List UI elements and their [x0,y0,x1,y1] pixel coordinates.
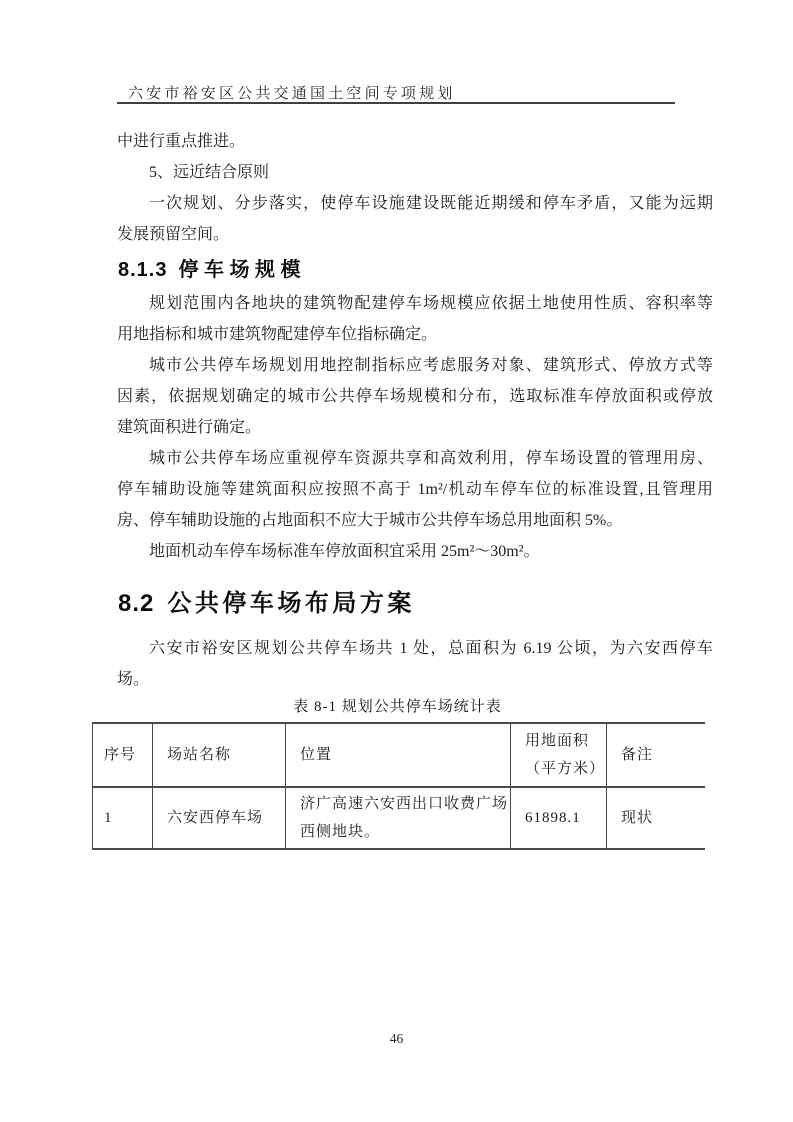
cell-seq: 1 [93,787,153,849]
cell-location: 济广高速六安西出口收费广场西侧地块。 [286,787,511,849]
column-header-seq: 序号 [93,723,153,787]
paragraph-line: 六安市裕安区规划公共停车场共 1 处，总面积为 6.19 公顷，为六安西停车 [117,633,713,664]
cell-area: 61898.1 [511,787,607,849]
paragraph-line: 5、远近结合原则 [117,157,713,188]
section-number: 8.1.3 [118,259,167,281]
column-header-location: 位置 [286,723,511,787]
paragraph-line: 因素，依据规划确定的城市公共停车场规模和分布，选取标准车停放面积或停放 [117,381,713,412]
header-rule [117,102,675,104]
paragraph-line: 建筑面积进行确定。 [117,412,713,443]
section-heading-8-1-3: 8.1.3停车场规模 [118,257,306,283]
section-heading-8-2: 8.2公共停车场布局方案 [118,589,415,618]
section-8-2-body: 六安市裕安区规划公共停车场共 1 处，总面积为 6.19 公顷，为六安西停车 场… [117,633,713,695]
cell-name: 六安西停车场 [153,787,286,849]
paragraph-line: 场。 [117,664,713,695]
paragraph-line: 中进行重点推进。 [117,126,713,157]
table-row: 1 六安西停车场 济广高速六安西出口收费广场西侧地块。 61898.1 现状 [93,787,705,849]
column-header-area-label: 用地面积 [525,727,600,755]
column-header-name: 场站名称 [153,723,286,787]
paragraph-line: 发展预留空间。 [117,219,713,250]
paragraph-line: 地面机动车停车场标准车停放面积宜采用 25m²～30m²。 [117,536,713,567]
paragraph-line: 停车辅助设施等建筑面积应按照不高于 1m²/机动车停车位的标准设置,且管理用 [117,474,713,505]
paragraph-line: 一次规划、分步落实，使停车设施建设既能近期缓和停车矛盾，又能为远期 [117,188,713,219]
page-number: 46 [0,1031,793,1047]
paragraph-line: 用地指标和城市建筑物配建停车位指标确定。 [117,319,713,350]
running-header-title: 六安市裕安区公共交通国土空间专项规划 [128,82,456,103]
column-header-area: 用地面积（平方米） [511,723,607,787]
section-title: 公共停车场布局方案 [167,590,415,617]
paragraph-line: 城市公共停车场应重视停车资源共享和高效利用，停车场设置的管理用房、 [117,443,713,474]
cell-remark: 现状 [607,787,705,849]
section-title: 停车场规模 [178,259,306,281]
section-number: 8.2 [118,590,154,617]
section-8-1-3-body: 规划范围内各地块的建筑物配建停车场规模应依据土地使用性质、容积率等 用地指标和城… [117,288,713,567]
paragraph-line: 房、停车辅助设施的占地面积不应大于城市公共停车场总用地面积 5%。 [117,505,713,536]
table-header-row: 序号 场站名称 位置 用地面积（平方米） 备注 [93,723,705,787]
column-header-remark: 备注 [607,723,705,787]
paragraph-line: 规划范围内各地块的建筑物配建停车场规模应依据土地使用性质、容积率等 [117,288,713,319]
document-page: 六安市裕安区公共交通国土空间专项规划 中进行重点推进。 5、远近结合原则 一次规… [0,0,793,1122]
table-caption: 表 8-1 规划公共停车场统计表 [92,696,703,718]
parking-statistics-table: 序号 场站名称 位置 用地面积（平方米） 备注 1 六安西停车场 济广高速六安西… [92,722,705,850]
paragraph-line: 城市公共停车场规划用地控制指标应考虑服务对象、建筑形式、停放方式等 [117,350,713,381]
column-header-area-unit: （平方米） [525,755,600,783]
intro-paragraphs: 中进行重点推进。 5、远近结合原则 一次规划、分步落实，使停车设施建设既能近期缓… [117,126,713,250]
